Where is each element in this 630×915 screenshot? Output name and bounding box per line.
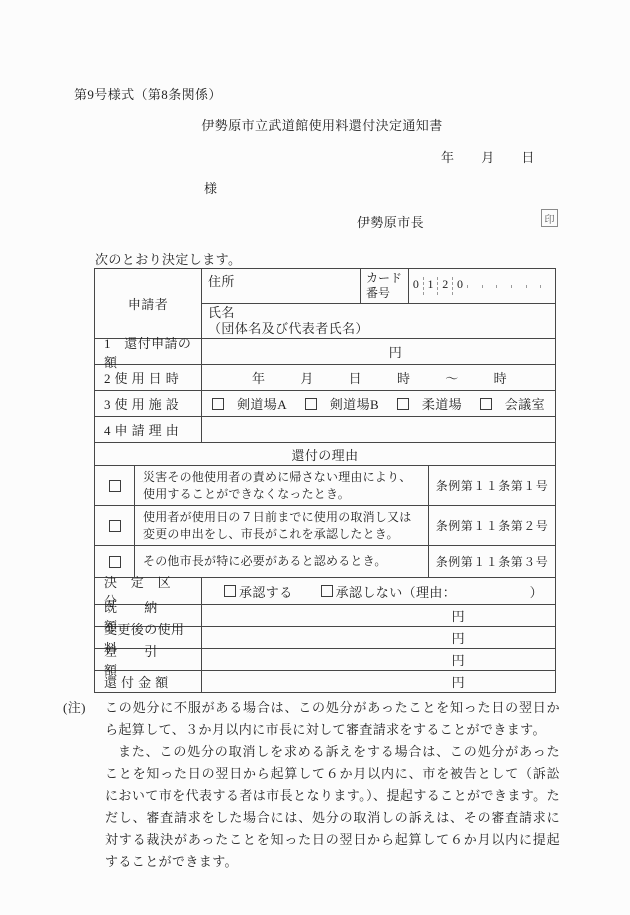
document-page: 第9号様式（第8条関係） 伊勢原市立武道館使用料還付決定通知書 年 月 日 様 … [0, 0, 630, 915]
facility-option: 剣道場A [212, 394, 287, 413]
facilities-value: 剣道場A 剣道場B 柔道場 会議室 [201, 391, 555, 416]
reason-ordinance-ref: 条例第１１条第２号 [428, 506, 555, 545]
card-digit-cell: 1 [423, 277, 438, 295]
yen-unit: 円 [389, 342, 402, 361]
note-paragraph-2: また、この処分の取消しを求める訴えをする場合は、この処分があったことを知った日の… [105, 741, 560, 873]
refund-reason-row: 災害その他使用者の責めに帰さない理由により、使用することができなくなったとき。 … [95, 465, 555, 505]
yen-unit: 円 [452, 672, 465, 691]
note-paragraph-1: この処分に不服がある場合は、この処分があったことを知った日の翌日から起算して、３… [105, 697, 560, 741]
card-number-cells: 0 1 2 0 [408, 269, 555, 303]
name-note: （団体名及び代表者氏名） [208, 321, 549, 337]
refund-reason-row: 使用者が使用日の７日前までに使用の取消し又は変更の申出をし、市長がこれを承認した… [95, 505, 555, 545]
facility-kendo-b-checkbox[interactable] [305, 398, 317, 410]
refund-total-row: 還 付 金 額 円 [95, 670, 555, 692]
application-reason-value [201, 417, 555, 442]
addressee-suffix: 様 [204, 178, 217, 197]
card-digit-cell [496, 285, 511, 288]
facility-label: 会議室 [505, 394, 545, 413]
yen-unit: 円 [452, 650, 465, 669]
facility-label: 剣道場A [237, 394, 287, 413]
reason-checkbox-cell [95, 506, 134, 545]
facility-judo-checkbox[interactable] [397, 398, 409, 410]
document-title: 伊勢原市立武道館使用料還付決定通知書 [0, 115, 630, 134]
difference-amount-value: 円 [201, 649, 555, 670]
issuer-name: 伊勢原市長 [357, 212, 424, 231]
card-digit-cell [540, 285, 555, 288]
applicant-row: 申請者 住所 カード 番号 0 1 2 0 [95, 269, 555, 338]
facility-option: 会議室 [480, 394, 545, 413]
facility-option: 柔道場 [397, 394, 462, 413]
refund-total-label: 還 付 金 額 [95, 671, 201, 692]
reason-checkbox-cell [95, 466, 134, 505]
facilities-row: 3 使 用 施 設 剣道場A 剣道場B 柔道場 会議室 [95, 390, 555, 416]
note-label: (注) [63, 697, 105, 873]
applicant-label: 申請者 [95, 269, 201, 338]
refund-amount-row: 1 還付申請の額 円 [95, 338, 555, 364]
reason-1-checkbox[interactable] [109, 480, 121, 492]
decision-value: 承認する 承認しない（理由： ） [201, 578, 555, 604]
revised-fee-value: 円 [201, 627, 555, 648]
yen-unit: 円 [452, 628, 465, 647]
official-seal-icon: 印 [541, 209, 558, 227]
facilities-label: 3 使 用 施 設 [95, 391, 201, 416]
applicant-name-cell: 氏名 （団体名及び代表者氏名） [202, 304, 555, 338]
reason-ordinance-ref: 条例第１１条第３号 [428, 546, 555, 577]
difference-amount-label: 差 引 額 [95, 649, 201, 670]
reject-reason-close-paren: ） [530, 582, 543, 601]
card-digit-cell [467, 285, 482, 288]
approve-label: 承認する [239, 582, 293, 601]
yen-unit: 円 [452, 606, 465, 625]
address-label: 住所 [202, 269, 360, 303]
card-digit-cell: 0 [409, 277, 423, 295]
name-label: 氏名 [208, 305, 549, 321]
refund-amount-label: 1 還付申請の額 [95, 339, 201, 364]
application-reason-row: 4 申 請 理 由 [95, 416, 555, 442]
facility-option: 剣道場B [305, 394, 379, 413]
decision-reject-option: 承認しない（理由： [321, 582, 457, 601]
decision-approve-option: 承認する [224, 582, 293, 601]
date-line: 年 月 日 [441, 147, 535, 166]
seal-character: 印 [545, 211, 555, 226]
use-datetime-row: 2 使 用 日 時 年 月 日 時 ～ 時 [95, 364, 555, 390]
refund-reason-header: 還付の理由 [95, 443, 555, 465]
use-datetime-label: 2 使 用 日 時 [95, 365, 201, 390]
approve-checkbox[interactable] [224, 585, 236, 597]
card-digit-cell: 0 [452, 277, 467, 295]
refund-amount-value: 円 [201, 339, 555, 364]
use-datetime-value: 年 月 日 時 ～ 時 [201, 365, 555, 390]
paid-amount-value: 円 [201, 605, 555, 626]
intro-text: 次のとおり決定します。 [95, 249, 241, 268]
card-number-label: カード 番号 [360, 269, 408, 303]
reason-3-checkbox[interactable] [109, 556, 121, 568]
card-digit-cell: 2 [437, 277, 452, 295]
reason-text: 災害その他使用者の責めに帰さない理由により、使用することができなくなったとき。 [134, 466, 428, 505]
refund-reason-header-row: 還付の理由 [95, 442, 555, 465]
card-digit-cell [526, 285, 541, 288]
reject-label: 承認しない（理由： [336, 582, 457, 601]
facility-label: 柔道場 [422, 394, 462, 413]
facility-kendo-a-checkbox[interactable] [212, 398, 224, 410]
form-number: 第9号様式（第8条関係） [74, 84, 222, 103]
difference-amount-row: 差 引 額 円 [95, 648, 555, 670]
decision-form-table: 申請者 住所 カード 番号 0 1 2 0 [94, 268, 556, 693]
card-digit-cell [482, 285, 497, 288]
reason-ordinance-ref: 条例第１１条第１号 [428, 466, 555, 505]
application-reason-label: 4 申 請 理 由 [95, 417, 201, 442]
card-digit-cell [511, 285, 526, 288]
refund-total-value: 円 [201, 671, 555, 692]
facility-meeting-room-checkbox[interactable] [480, 398, 492, 410]
reject-checkbox[interactable] [321, 585, 333, 597]
facility-label: 剣道場B [330, 394, 379, 413]
appeal-note: (注) この処分に不服がある場合は、この処分があったことを知った日の翌日から起算… [63, 697, 560, 873]
reason-2-checkbox[interactable] [109, 520, 121, 532]
reason-text: 使用者が使用日の７日前までに使用の取消し又は変更の申出をし、市長がこれを承認した… [134, 506, 428, 545]
